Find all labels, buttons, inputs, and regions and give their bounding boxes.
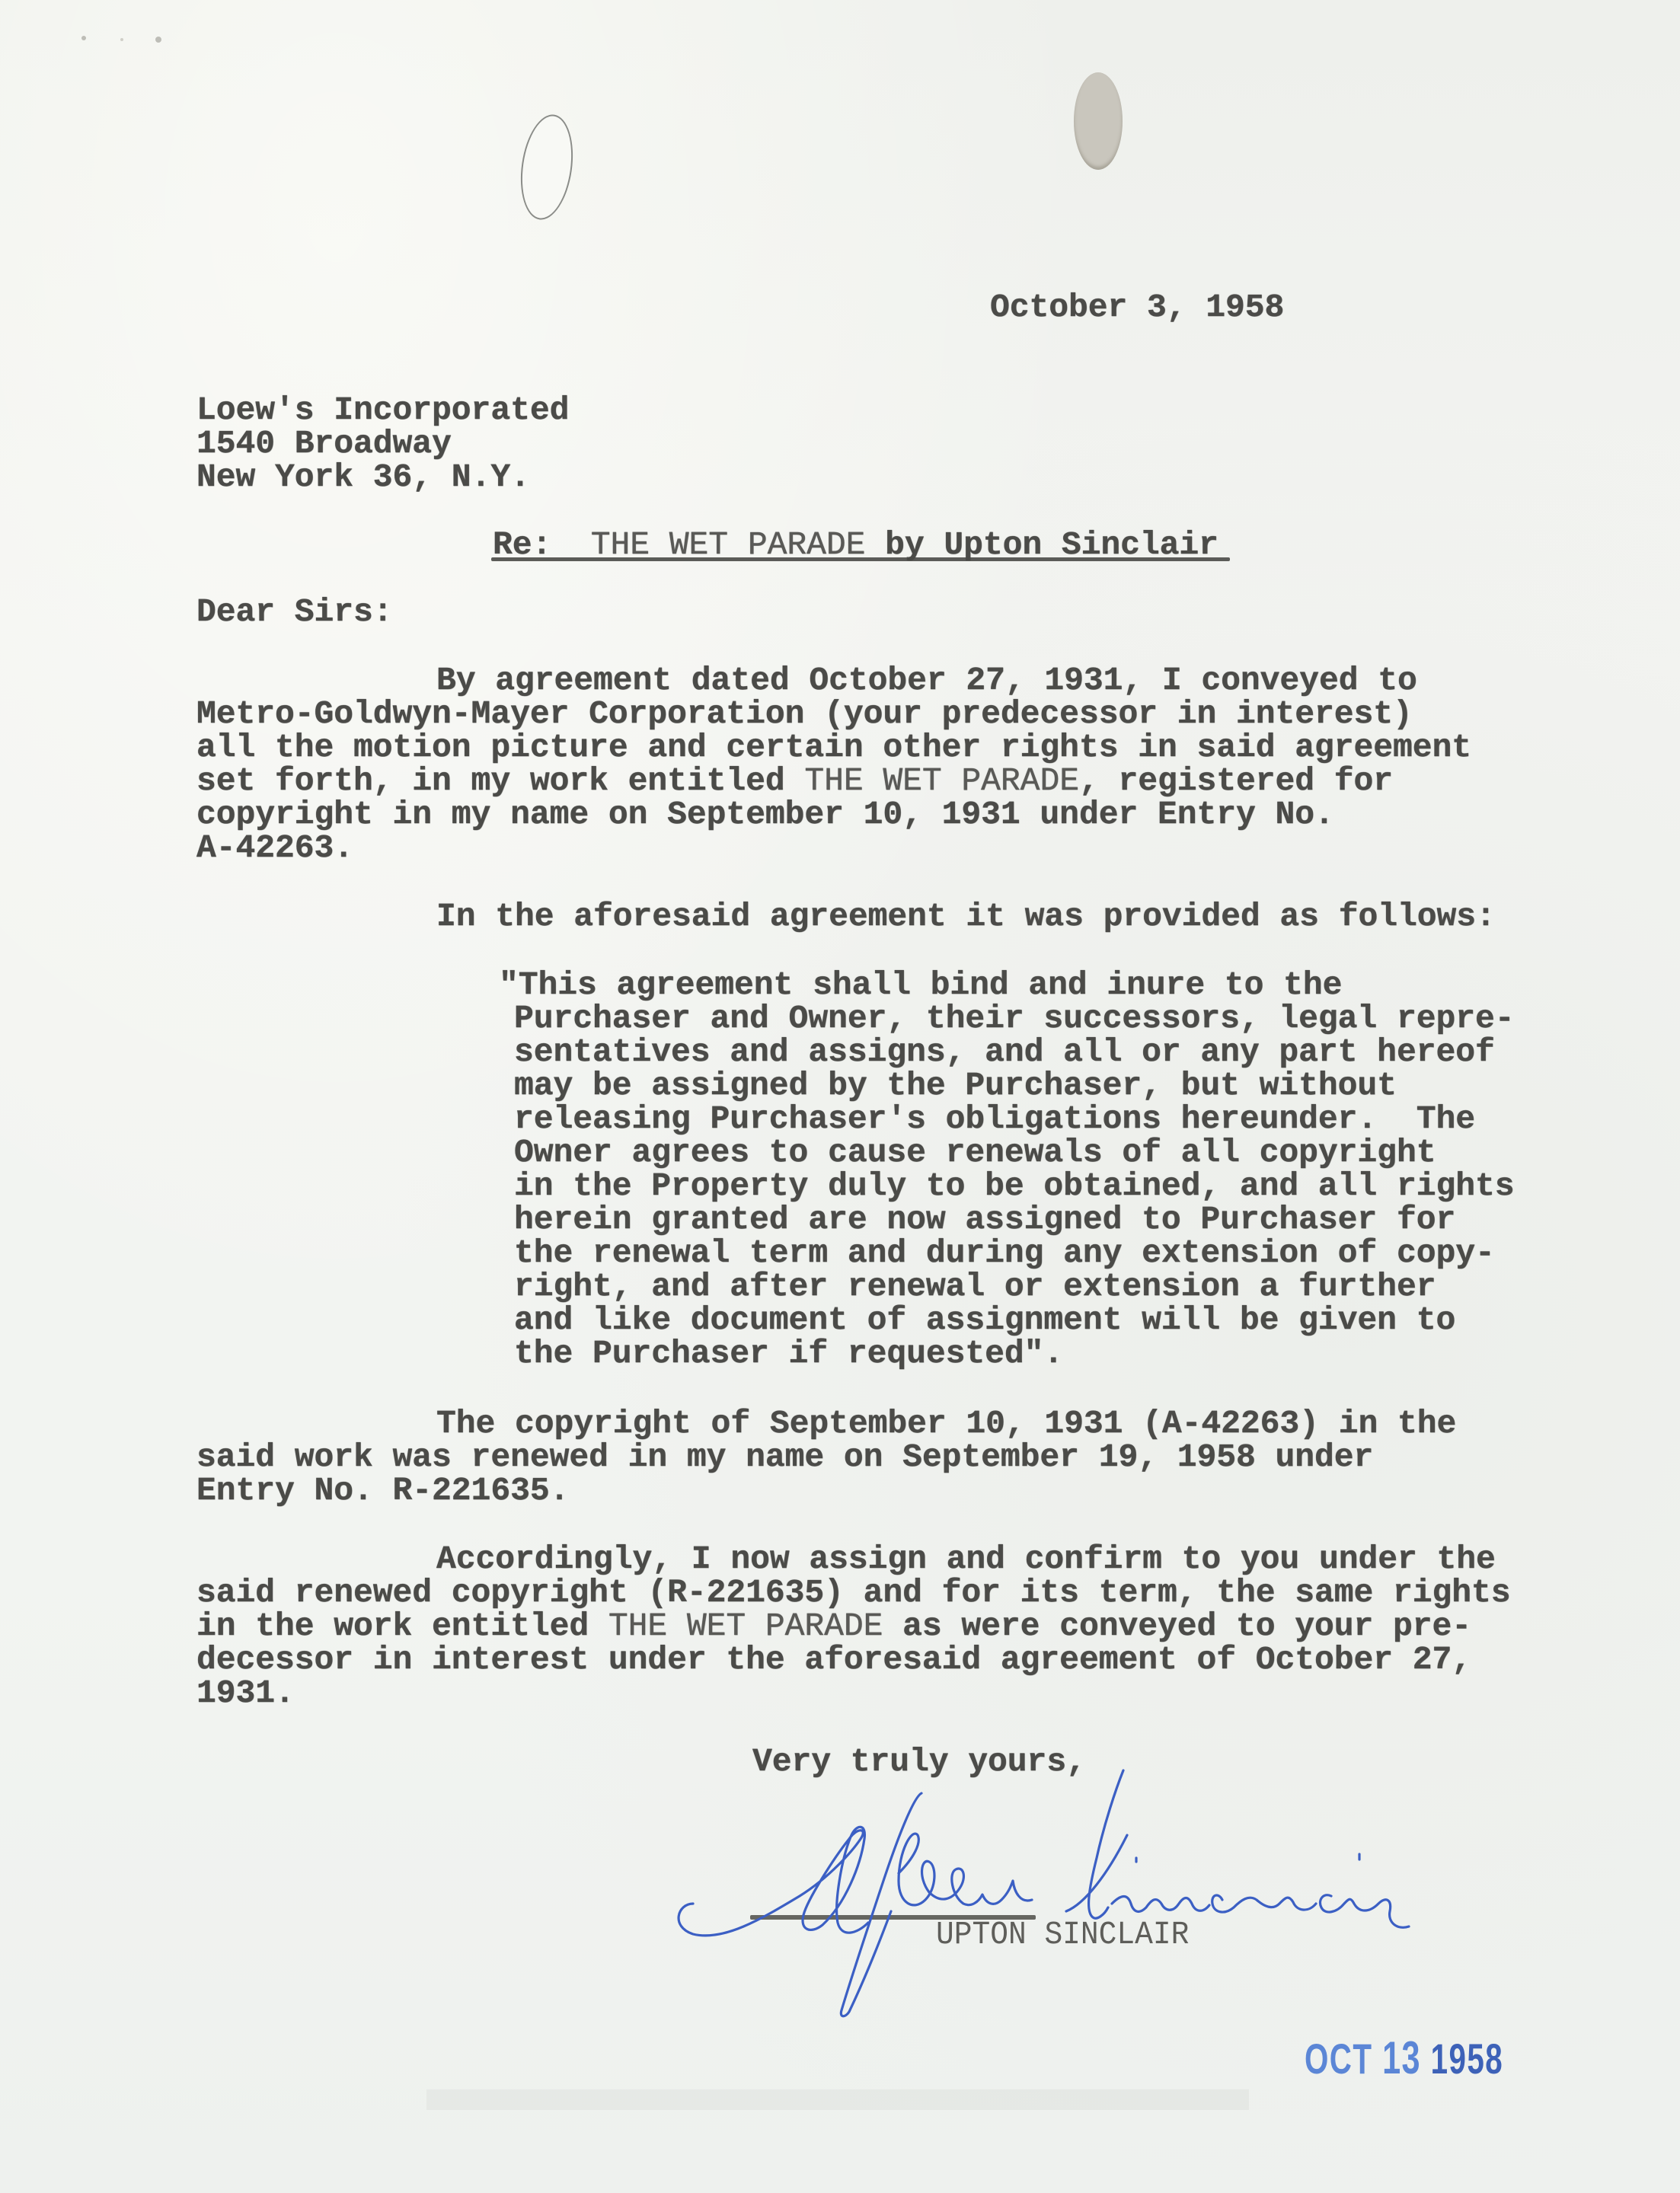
quote-line: "This agreement shall bind and inure to … <box>499 969 1342 1002</box>
quote-line: releasing Purchaser's obligations hereun… <box>514 1103 1475 1136</box>
paragraph-line: decessor in interest under the aforesaid… <box>196 1643 1471 1677</box>
quote-line: may be assigned by the Purchaser, but wi… <box>514 1069 1397 1103</box>
quote-line: in the Property duly to be obtained, and… <box>514 1170 1514 1203</box>
recipient-city: New York 36, N.Y. <box>196 461 530 494</box>
handwritten-signature-icon <box>670 1751 1622 2056</box>
recipient-street: 1540 Broadway <box>196 427 452 461</box>
paragraph-line: said work was renewed in my name on Sept… <box>196 1441 1373 1474</box>
stamp-day: 13 <box>1382 2032 1421 2083</box>
stamp-year: 1958 <box>1431 2035 1503 2083</box>
hole-punch-icon <box>1074 72 1123 170</box>
letter-page: ▬▬▬▬▬▬▬▬▬▬ October 3, 1958 Loew's Incorp… <box>0 0 1680 2193</box>
subject-underline <box>491 557 1230 561</box>
paragraph-line: The copyright of September 10, 1931 (A-4… <box>436 1407 1456 1441</box>
paragraph-line: 1931. <box>196 1677 295 1710</box>
quote-line: sentatives and assigns, and all or any p… <box>514 1036 1495 1069</box>
paragraph-line: Accordingly, I now assign and confirm to… <box>436 1543 1496 1576</box>
quote-line: the Purchaser if requested". <box>514 1337 1063 1371</box>
work-title: THE WET PARADE <box>608 1607 883 1645</box>
paragraph-line: Metro-Goldwyn-Mayer Corporation (your pr… <box>196 697 1413 731</box>
paragraph-line: By agreement dated October 27, 1931, I c… <box>436 664 1417 697</box>
quote-line: and like document of assignment will be … <box>514 1304 1455 1337</box>
staple-mark-icon <box>76 30 168 46</box>
paragraph-line: in the work entitled THE WET PARADE as w… <box>196 1610 1471 1643</box>
paragraph-line: set forth, in my work entitled THE WET P… <box>196 765 1393 798</box>
quote-line: Purchaser and Owner, their successors, l… <box>514 1002 1514 1036</box>
quote-line: Owner agrees to cause renewals of all co… <box>514 1136 1436 1170</box>
paragraph-line: Entry No. R-221635. <box>196 1474 569 1508</box>
paragraph-line: copyright in my name on September 10, 19… <box>196 798 1334 832</box>
paragraph-line: all the motion picture and certain other… <box>196 731 1471 765</box>
quote-line: herein granted are now assigned to Purch… <box>514 1203 1455 1237</box>
show-through-mark: ▬▬▬▬▬▬▬▬▬▬ <box>426 2048 1249 2127</box>
paragraph-line: A-42263. <box>196 832 353 865</box>
recipient-name: Loew's Incorporated <box>196 394 569 427</box>
signatory-name: UPTON SINCLAIR <box>936 1918 1189 1952</box>
work-title: THE WET PARADE <box>804 762 1079 800</box>
paragraph-line: said renewed copyright (R-221635) and fo… <box>196 1576 1511 1610</box>
salutation: Dear Sirs: <box>196 595 393 629</box>
hole-punch-ring-icon <box>515 111 580 223</box>
stamp-month: OCT <box>1305 2035 1372 2083</box>
letter-date: October 3, 1958 <box>990 291 1284 324</box>
paragraph-2: In the aforesaid agreement it was provid… <box>436 900 1496 934</box>
quote-line: the renewal term and during any extensio… <box>514 1237 1495 1270</box>
quote-line: right, and after renewal or extension a … <box>514 1270 1436 1304</box>
received-date-stamp: OCT 13 1958 <box>1305 2032 1503 2084</box>
